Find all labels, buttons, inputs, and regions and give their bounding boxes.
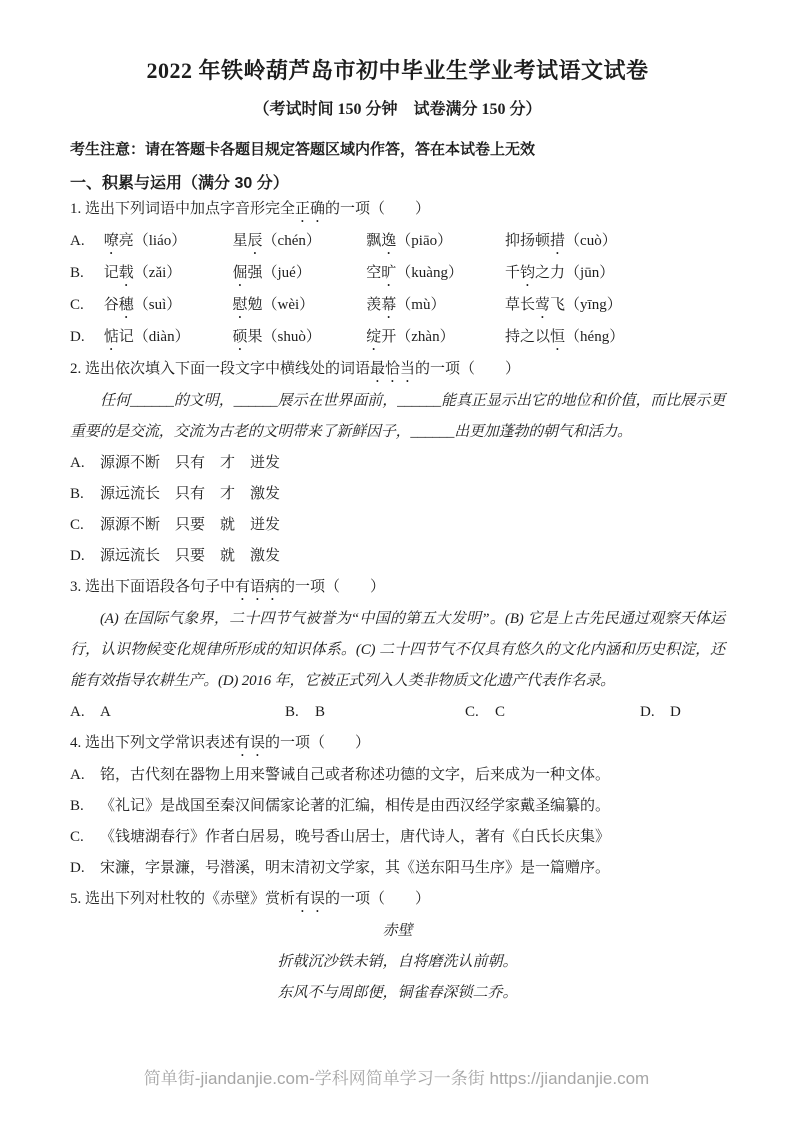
text-segment: 开（zhàn） — [381, 329, 454, 345]
text-segment: 强（jué） — [248, 265, 311, 281]
question-2-option-a: A.源源不断 只有 才 迸发 — [70, 448, 725, 479]
poem-line: 东风不与周郎便，铜雀春深锁二乔。 — [70, 978, 725, 1009]
option-label: D. — [70, 541, 100, 572]
option-text: 铭，古代刻在器物上用来警诫自己或者称述功德的文字，后来成为一种文体。 — [100, 767, 610, 783]
text-segment: 载 — [119, 265, 134, 281]
text-segment: 4. 选出下列文学常识表述 — [70, 735, 235, 751]
question-2: 2. 选出依次填入下面一段文字中横线处的词语最恰当的一项（ ） 任何______… — [70, 354, 725, 572]
text-segment: 旷 — [381, 265, 396, 281]
option-label: D. — [70, 322, 100, 353]
option-label: B. — [70, 258, 100, 289]
question-1-option-c: C. 谷穗（suì） 慰勉（wèi） 羡幕（mù） 草长莺飞（yīng） — [70, 290, 725, 322]
option-text: 源源不断 只要 就 迸发 — [100, 517, 280, 533]
text-segment: 穗 — [119, 297, 134, 313]
section-1-heading: 一、积累与运用（满分 30 分） — [70, 173, 725, 194]
option-text: 源远流长 只有 才 激发 — [100, 486, 280, 502]
question-4: 4. 选出下列文学常识表述有误的一项（ ） A.铭，古代刻在器物上用来警诫自己或… — [70, 728, 725, 884]
text-segment: 千 — [505, 265, 520, 281]
question-3-options-row: A.A B.B C.C D.D — [70, 697, 725, 728]
word-item: 抑扬顿措（cuò） — [505, 226, 617, 258]
text-segment: 记（diàn） — [119, 329, 190, 345]
option-label: B. — [70, 791, 100, 822]
text-segment: 草长 — [505, 297, 535, 313]
text-segment: 嘹 — [104, 233, 119, 249]
text-segment: 勉（wèi） — [248, 297, 315, 313]
poem-title: 赤壁 — [70, 916, 725, 947]
poem-line: 折戟沉沙铁未销，自将磨洗认前朝。 — [70, 947, 725, 978]
candidate-notice: 考生注意：请在答题卡各题目规定答题区域内作答，答在本试卷上无效 — [70, 140, 725, 160]
word-item: 硕果（shuò） — [233, 322, 363, 354]
text-segment: 最恰当 — [370, 361, 415, 377]
text-segment: 果（shuò） — [248, 329, 321, 345]
text-segment: 有语病 — [235, 579, 280, 595]
question-4-option-b: B.《礼记》是战国至秦汉间儒家论著的汇编，相传是由西汉经学家戴圣编纂的。 — [70, 791, 725, 822]
word-item: 持之以恒（héng） — [505, 322, 624, 354]
option-text: B — [315, 704, 325, 720]
text-segment: 1. 选出下列词语中加点字音形完全 — [70, 201, 295, 217]
word-item: 星辰（chén） — [233, 226, 363, 258]
option-label: B. — [70, 479, 100, 510]
text-segment: 之力（jūn） — [535, 265, 614, 281]
text-segment: 恒 — [550, 329, 565, 345]
option-label: C. — [70, 510, 100, 541]
text-segment: 正确 — [295, 201, 325, 217]
question-1-option-d: D. 惦记（diàn） 硕果（shuò） 绽开（zhàn） 持之以恒（héng） — [70, 322, 725, 354]
question-5: 5. 选出下列对杜牧的《赤壁》赏析有误的一项（ ） 赤壁 折戟沉沙铁未销，自将磨… — [70, 884, 725, 1009]
text-segment: 星 — [233, 233, 248, 249]
option-text: A — [100, 704, 111, 720]
text-segment: 的一项（ ） — [325, 891, 430, 907]
question-1: 1. 选出下列词语中加点字音形完全正确的一项（ ） A. 嘹亮（liáo） 星辰… — [70, 194, 725, 354]
option-text: 宋濂，字景濂，号潜溪，明末清初文学家，其《送东阳马生序》是一篇赠序。 — [100, 860, 610, 876]
exam-paper-page: 2022 年铁岭葫芦岛市初中毕业生学业考试语文试卷 （考试时间 150 分钟 试… — [0, 0, 793, 1122]
text-segment: 2. 选出依次填入下面一段文字中横线处的词语 — [70, 361, 370, 377]
option-text: D — [670, 704, 681, 720]
option-text: 《钱塘湖春行》作者白居易，晚号香山居士，唐代诗人，著有《白氏长庆集》 — [100, 829, 610, 845]
word-item: 草长莺飞（yīng） — [505, 290, 622, 322]
text-segment: 硕 — [233, 329, 248, 345]
question-4-option-a: A.铭，古代刻在器物上用来警诫自己或者称述功德的文字，后来成为一种文体。 — [70, 760, 725, 791]
option-text: 《礼记》是战国至秦汉间儒家论著的汇编，相传是由西汉经学家戴圣编纂的。 — [100, 798, 610, 814]
question-5-stem: 5. 选出下列对杜牧的《赤壁》赏析有误的一项（ ） — [70, 884, 725, 916]
question-2-passage: 任何______的文明，______展示在世界面前，______能真正显示出它的… — [70, 386, 725, 448]
text-segment: 慰 — [233, 297, 248, 313]
text-segment: 空 — [366, 265, 381, 281]
watermark-footer: 简单街-jiandanjie.com-学科网简单学习一条街 https://ji… — [0, 1068, 793, 1090]
exam-time-score-info: （考试时间 150 分钟 试卷满分 150 分） — [70, 100, 725, 120]
text-segment: 的一项（ ） — [325, 201, 430, 217]
option-label: D. — [640, 697, 670, 728]
word-item: 千钧之力（jūn） — [505, 258, 614, 290]
question-1-option-a: A. 嘹亮（liáo） 星辰（chén） 飘逸（piāo） 抑扬顿措（cuò） — [70, 226, 725, 258]
option-label: C. — [70, 822, 100, 853]
word-item: 空旷（kuàng） — [366, 258, 501, 290]
text-segment: （piāo） — [396, 233, 452, 249]
option-label: D. — [70, 853, 100, 884]
option-label: A. — [70, 226, 100, 257]
text-segment: 逸 — [381, 233, 396, 249]
question-4-option-c: C.《钱塘湖春行》作者白居易，晚号香山居士，唐代诗人，著有《白氏长庆集》 — [70, 822, 725, 853]
text-segment: 羡 — [366, 297, 381, 313]
word-item: 绽开（zhàn） — [366, 322, 501, 354]
text-segment: 惦 — [104, 329, 119, 345]
question-3-option-a: A.A — [70, 697, 285, 728]
option-label: C. — [465, 697, 495, 728]
option-label: A. — [70, 697, 100, 728]
text-segment: （zǎi） — [134, 265, 181, 281]
page-title: 2022 年铁岭葫芦岛市初中毕业生学业考试语文试卷 — [70, 58, 725, 84]
option-text: C — [495, 704, 505, 720]
option-text: 源远流长 只要 就 激发 — [100, 548, 280, 564]
text-segment: 谷 — [104, 297, 119, 313]
question-2-option-b: B.源远流长 只有 才 激发 — [70, 479, 725, 510]
word-item: 记载（zǎi） — [104, 258, 229, 290]
option-label: B. — [285, 697, 315, 728]
option-text: 源源不断 只有 才 迸发 — [100, 455, 280, 471]
word-item: 嘹亮（liáo） — [104, 226, 229, 258]
question-1-option-b: B. 记载（zǎi） 倔强（jué） 空旷（kuàng） 千钧之力（jūn） — [70, 258, 725, 290]
text-segment: 3. 选出下面语段各句子中 — [70, 579, 235, 595]
text-segment: 5. 选出下列对杜牧的《赤壁》赏析 — [70, 891, 295, 907]
text-segment: （mù） — [396, 297, 445, 313]
text-segment: 抑扬顿 — [505, 233, 550, 249]
option-label: C. — [70, 290, 100, 321]
text-segment: （chén） — [263, 233, 321, 249]
text-segment: 莺 — [535, 297, 550, 313]
text-segment: 措 — [550, 233, 565, 249]
page-content: 2022 年铁岭葫芦岛市初中毕业生学业考试语文试卷 （考试时间 150 分钟 试… — [0, 0, 793, 1009]
question-3-option-b: B.B — [285, 697, 465, 728]
text-segment: 的一项（ ） — [415, 361, 520, 377]
text-segment: 钧 — [520, 265, 535, 281]
question-3-option-c: C.C — [465, 697, 640, 728]
text-segment: （héng） — [565, 329, 624, 345]
word-item: 惦记（diàn） — [104, 322, 229, 354]
text-segment: 倔 — [233, 265, 248, 281]
question-2-option-c: C.源源不断 只要 就 迸发 — [70, 510, 725, 541]
text-segment: （cuò） — [565, 233, 617, 249]
text-segment: （kuàng） — [396, 265, 463, 281]
text-segment: 辰 — [248, 233, 263, 249]
question-3-option-d: D.D — [640, 697, 681, 728]
word-item: 谷穗（suì） — [104, 290, 229, 322]
word-item: 倔强（jué） — [233, 258, 363, 290]
text-segment: （suì） — [134, 297, 182, 313]
text-segment: 亮（liáo） — [119, 233, 187, 249]
text-segment: 的一项（ ） — [280, 579, 385, 595]
question-3-stem: 3. 选出下面语段各句子中有语病的一项（ ） — [70, 572, 725, 604]
text-segment: 的一项（ ） — [265, 735, 370, 751]
question-3-passage: (A) 在国际气象界，二十四节气被誉为“中国的第五大发明”。(B) 它是上古先民… — [70, 604, 725, 697]
question-3: 3. 选出下面语段各句子中有语病的一项（ ） (A) 在国际气象界，二十四节气被… — [70, 572, 725, 728]
text-segment: 飞（yīng） — [550, 297, 622, 313]
question-1-stem: 1. 选出下列词语中加点字音形完全正确的一项（ ） — [70, 194, 725, 226]
question-2-option-d: D.源远流长 只要 就 激发 — [70, 541, 725, 572]
text-segment: 有误 — [235, 735, 265, 751]
text-segment: 有误 — [295, 891, 325, 907]
question-4-option-d: D.宋濂，字景濂，号潜溪，明末清初文学家，其《送东阳马生序》是一篇赠序。 — [70, 853, 725, 884]
option-label: A. — [70, 760, 100, 791]
option-label: A. — [70, 448, 100, 479]
text-segment: 幕 — [381, 297, 396, 313]
text-segment: 持之以 — [505, 329, 550, 345]
word-item: 飘逸（piāo） — [366, 226, 501, 258]
question-4-stem: 4. 选出下列文学常识表述有误的一项（ ） — [70, 728, 725, 760]
text-segment: 绽 — [366, 329, 381, 345]
word-item: 羡幕（mù） — [366, 290, 501, 322]
question-2-stem: 2. 选出依次填入下面一段文字中横线处的词语最恰当的一项（ ） — [70, 354, 725, 386]
text-segment: 飘 — [366, 233, 381, 249]
word-item: 慰勉（wèi） — [233, 290, 363, 322]
text-segment: 记 — [104, 265, 119, 281]
